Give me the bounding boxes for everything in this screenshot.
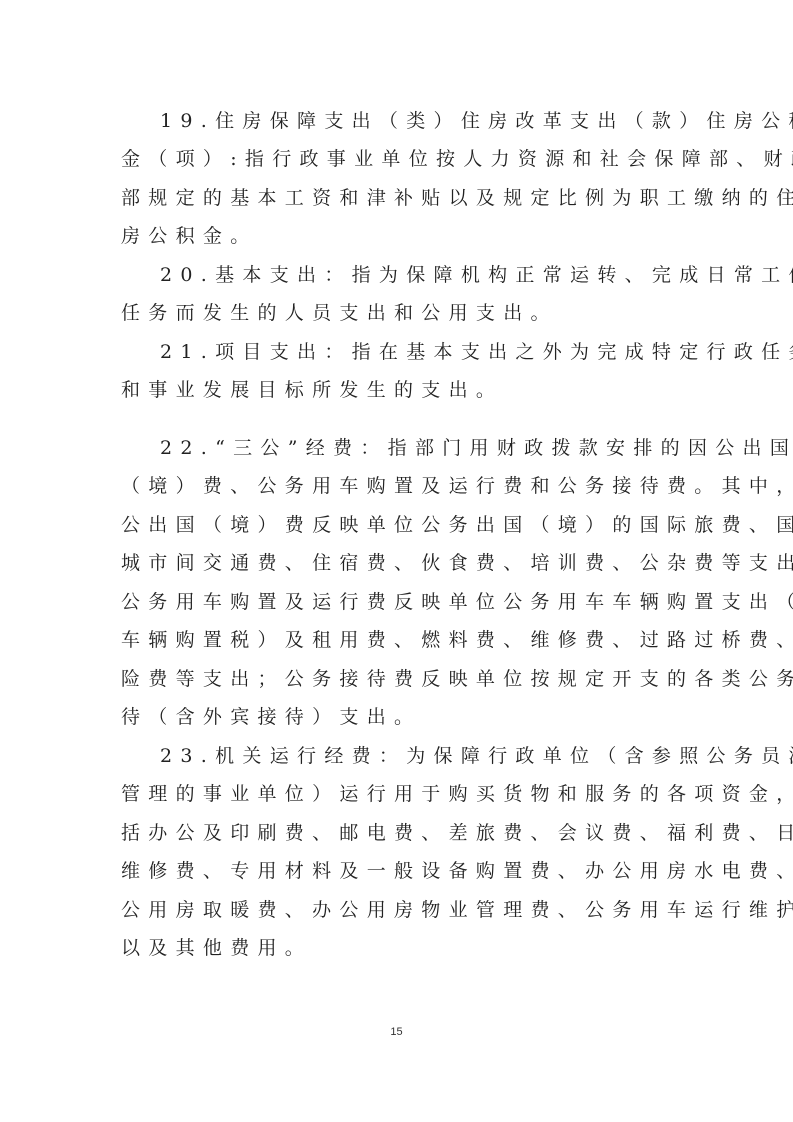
paragraph-22-line-4: 城市间交通费、住宿费、伙食费、培训费、公杂费等支出； (121, 551, 681, 575)
paragraph-19-line-4: 房公积金。 (121, 224, 681, 248)
paragraph-23-line-3: 括办公及印刷费、邮电费、差旅费、会议费、福利费、日常 (121, 821, 681, 845)
document-page: 19.住房保障支出（类）住房改革支出（款）住房公积 金（项）:指行政事业单位按人… (0, 0, 793, 1122)
paragraph-23-line-1: 23.机关运行经费：为保障行政单位（含参照公务员法 (160, 744, 720, 768)
paragraph-21-line-1: 21.项目支出：指在基本支出之外为完成特定行政任务 (160, 340, 720, 364)
paragraph-22-line-8: 待（含外宾接待）支出。 (121, 705, 681, 729)
paragraph-21-line-2: 和事业发展目标所发生的支出。 (121, 378, 681, 402)
paragraph-19-line-1: 19.住房保障支出（类）住房改革支出（款）住房公积 (160, 109, 720, 133)
paragraph-23-line-2: 管理的事业单位）运行用于购买货物和服务的各项资金，包 (121, 782, 681, 806)
page-number: 15 (0, 1026, 793, 1038)
paragraph-20-line-1: 20.基本支出：指为保障机构正常运转、完成日常工作 (160, 263, 720, 287)
paragraph-22-line-7: 险费等支出；公务接待费反映单位按规定开支的各类公务接 (121, 667, 681, 691)
paragraph-23-line-6: 以及其他费用。 (121, 936, 681, 960)
paragraph-23-line-5: 公用房取暖费、办公用房物业管理费、公务用车运行维护费 (121, 898, 681, 922)
paragraph-22-line-1: 22.“三公”经费：指部门用财政拨款安排的因公出国 (160, 436, 720, 460)
paragraph-23-line-4: 维修费、专用材料及一般设备购置费、办公用房水电费、办 (121, 859, 681, 883)
paragraph-19-line-2: 金（项）:指行政事业单位按人力资源和社会保障部、财政 (121, 147, 681, 171)
paragraph-22-line-5: 公务用车购置及运行费反映单位公务用车车辆购置支出（含 (121, 590, 681, 614)
paragraph-20-line-2: 任务而发生的人员支出和公用支出。 (121, 301, 681, 325)
paragraph-22-line-3: 公出国（境）费反映单位公务出国（境）的国际旅费、国外 (121, 513, 681, 537)
paragraph-22-line-2: （境）费、公务用车购置及运行费和公务接待费。其中，因 (121, 474, 681, 498)
paragraph-22-line-6: 车辆购置税）及租用费、燃料费、维修费、过路过桥费、保 (121, 628, 681, 652)
paragraph-19-line-3: 部规定的基本工资和津补贴以及规定比例为职工缴纳的住 (121, 186, 681, 210)
